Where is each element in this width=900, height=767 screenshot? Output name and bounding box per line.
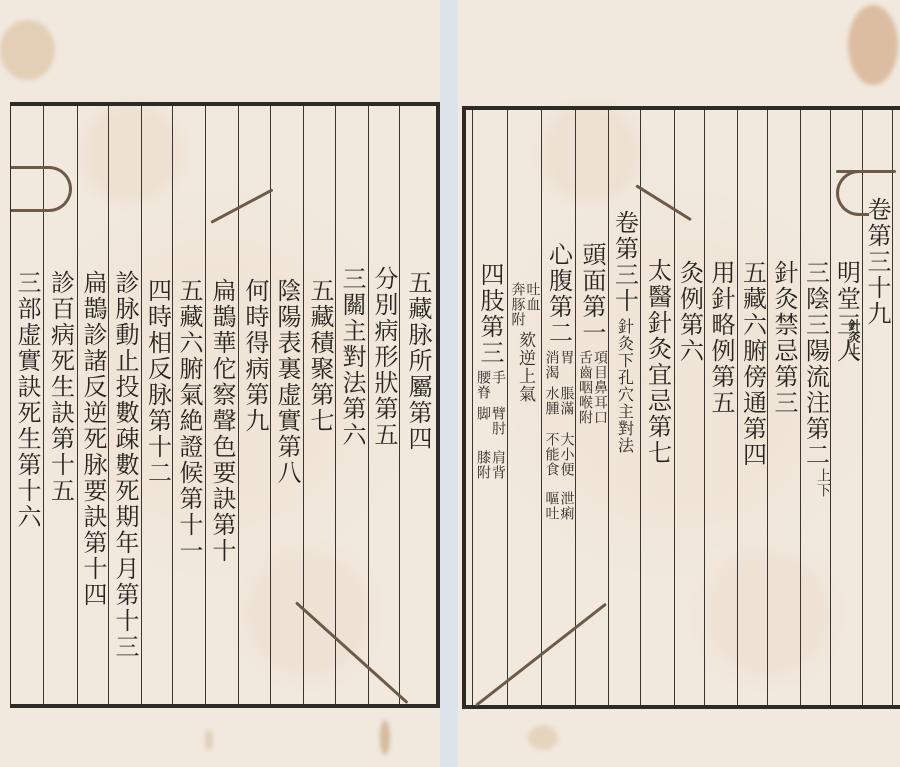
- toc-entry-text: 用針略例第五: [706, 260, 736, 416]
- annotation-text: 大小便: [559, 432, 574, 477]
- toc-entry-text: 太醫針灸宜忌第七: [643, 258, 673, 466]
- toc-entry: 扁鵲診諸反逆死脉要訣第十四: [78, 106, 108, 704]
- toc-entry: 三陰三陽流注第二 上下: [801, 110, 830, 705]
- toc-entry-text: 陰陽表裏虚實第八: [272, 278, 302, 486]
- toc-annotation-column: 吐血 奔豚附 欬逆上氣: [508, 110, 541, 705]
- toc-entry-text: 心腹第二: [544, 242, 574, 346]
- toc-entry: 扁鵲華佗察聲色要訣第十: [206, 106, 238, 704]
- stain: [528, 725, 558, 750]
- annotation-text: 水腫: [544, 386, 559, 416]
- toc-entry: 診脉動止投數疎數死期年月第十三: [109, 106, 141, 704]
- right-page-frame: 卷第三十九 針灸上 明堂三人 三陰三陽流注第二 上下 針灸禁忌第三 五藏六腑傍通…: [462, 106, 900, 709]
- toc-entry: 心腹第二 胃 消渴 脹滿 水腫 大小便 不能食 泄痢 嘔吐: [542, 110, 575, 705]
- annotation-text: 肩背: [490, 450, 505, 480]
- annotation-text: 膝附: [475, 450, 490, 480]
- toc-entry: 三關主對法第六: [336, 106, 368, 704]
- book-gutter: [440, 0, 458, 767]
- toc-annotation: 臂肘 脚: [475, 406, 505, 436]
- toc-entry-text: 扁鵲診諸反逆死脉要訣第十四: [78, 270, 108, 608]
- annotation-text: 鼻耳口: [592, 380, 607, 425]
- toc-annotation: 脹滿 水腫: [544, 386, 574, 416]
- toc-entry-text: 診百病死生訣第十五: [46, 270, 76, 504]
- toc-entry: 分別病形狀第五: [369, 106, 399, 704]
- toc-entry-text: 扁鵲華佗察聲色要訣第十: [207, 278, 237, 564]
- toc-annotation: 項目 舌齒: [577, 350, 607, 380]
- toc-annotation: 鼻耳口 咽喉附: [577, 380, 607, 425]
- annotation-text: 不能食: [544, 432, 559, 477]
- left-page: 五藏脉所屬第四 分別病形狀第五 三關主對法第六 五藏積聚第七 陰陽表裏虚實第八 …: [0, 0, 440, 767]
- right-page: 卷第三十九 針灸上 明堂三人 三陰三陽流注第二 上下 針灸禁忌第三 五藏六腑傍通…: [458, 0, 900, 767]
- toc-entry-text: 灸例第六: [675, 260, 705, 364]
- annotation-text: 舌齒: [577, 350, 592, 380]
- toc-entry: 五藏六腑傍通第四: [738, 110, 767, 705]
- toc-entry-text: 四時相反脉第十二: [143, 278, 173, 486]
- toc-entry-text: 明堂三人: [832, 260, 862, 364]
- left-page-frame: 五藏脉所屬第四 分別病形狀第五 三關主對法第六 五藏積聚第七 陰陽表裏虚實第八 …: [10, 102, 440, 708]
- toc-annotation: 大小便 不能食: [544, 432, 574, 477]
- toc-entry: 用針略例第五: [705, 110, 737, 705]
- toc-entry-text: 四肢第三: [475, 262, 505, 366]
- volume-title: 卷第三十: [610, 210, 640, 314]
- toc-annotation: 手 腰脊: [475, 370, 505, 400]
- toc-entry-text: 五藏六腑傍通第四: [738, 260, 768, 468]
- annotation-text: 泄痢: [559, 491, 574, 521]
- toc-annotation: 泄痢 嘔吐: [544, 491, 574, 521]
- toc-annotation: 胃 消渴: [544, 350, 574, 380]
- toc-entry: 五藏六腑氣絶證候第十一: [173, 106, 205, 704]
- stain: [848, 5, 898, 85]
- toc-annotation: 吐血 奔豚附: [510, 282, 540, 327]
- toc-annotation: 上下: [815, 468, 830, 498]
- toc-entry-text: 三部虚實訣死生第十六: [12, 270, 42, 530]
- annotation-text: 消渴: [544, 350, 559, 380]
- stain: [0, 20, 55, 80]
- toc-entry-text: 針灸禁忌第三: [769, 260, 799, 416]
- toc-entry-text: 診脉動止投數疎數死期年月第十三: [110, 270, 140, 660]
- toc-entry-text: 三陰三陽流注第二: [801, 260, 831, 468]
- toc-entry-text: 何時得病第九: [240, 278, 270, 434]
- annotation-text: 脹滿: [559, 386, 574, 416]
- annotation-text: 嘔吐: [544, 491, 559, 521]
- toc-entry: 四時相反脉第十二: [142, 106, 173, 704]
- toc-entry-text: 五藏六腑氣絶證候第十一: [174, 278, 204, 564]
- toc-entry-text: 五藏脉所屬第四: [403, 270, 433, 452]
- toc-entry: 四肢第三 手 腰脊 臂肘 脚 肩背 膝附: [473, 110, 507, 705]
- volume-heading: 卷第三十 針灸下孔穴主對法: [609, 110, 640, 705]
- binding-thread: [11, 166, 72, 212]
- toc-entry-text: 分別病形狀第五: [369, 266, 399, 448]
- stain: [205, 730, 213, 750]
- toc-entry: 針灸禁忌第三: [768, 110, 800, 705]
- toc-entry-text: 三關主對法第六: [337, 266, 367, 448]
- toc-entry: 五藏脉所屬第四: [401, 106, 435, 704]
- annotation-text: 奔豚附: [510, 282, 525, 327]
- annotation-text: 脚: [475, 406, 490, 436]
- toc-entry: 灸例第六: [675, 110, 704, 705]
- toc-entry: 陰陽表裏虚實第八: [271, 106, 303, 704]
- annotation-text: 咽喉附: [577, 380, 592, 425]
- annotation-text: 欬逆上氣: [515, 331, 534, 403]
- toc-annotation: 肩背 膝附: [475, 450, 505, 480]
- toc-entry-text: 頭面第一: [577, 242, 607, 346]
- volume-subtitle: 針灸下孔穴主對法: [616, 318, 634, 454]
- stain: [380, 720, 390, 755]
- annotation-text: 胃: [559, 350, 574, 380]
- annotation-text: 項目: [592, 350, 607, 380]
- toc-entry: 何時得病第九: [239, 106, 271, 704]
- binding-thread: [836, 170, 896, 173]
- volume-title: 卷第三十九: [862, 197, 892, 327]
- annotation-text: 手: [490, 370, 505, 400]
- toc-entry-text: 五藏積聚第七: [305, 278, 335, 434]
- annotation-text: 臂肘: [490, 406, 505, 436]
- annotation-text: 腰脊: [475, 370, 490, 400]
- annotation-text: 吐血: [525, 282, 540, 327]
